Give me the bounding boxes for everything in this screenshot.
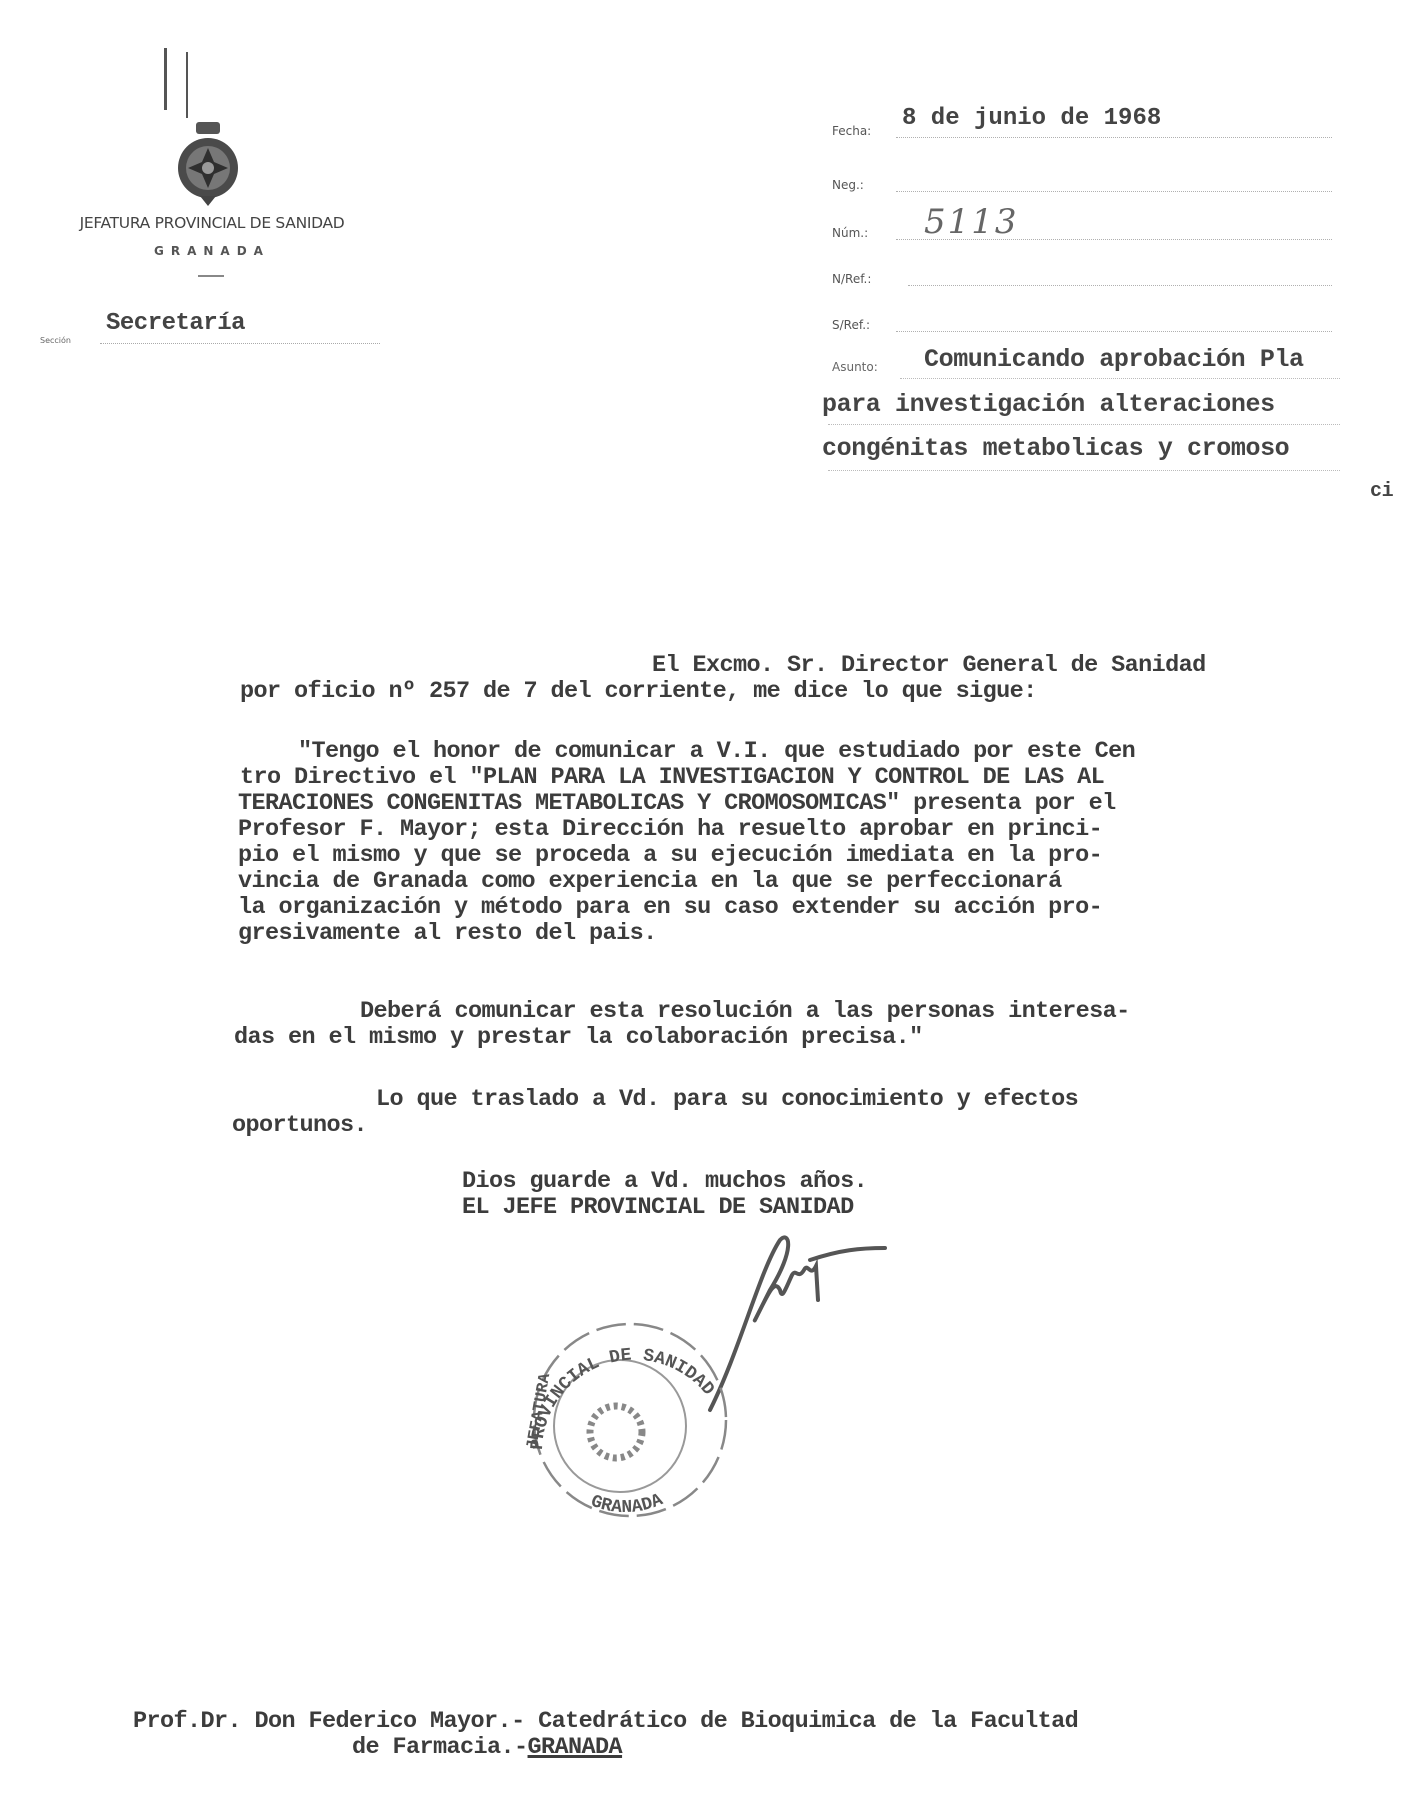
body-line: pio el mismo y que se proceda a su ejecu… (238, 842, 1102, 869)
asunto-label: Asunto: (832, 360, 878, 374)
body-line: Profesor F. Mayor; esta Dirección ha res… (238, 816, 1102, 843)
fecha-dotted-line (896, 137, 1332, 138)
neg-field: Neg.: (832, 166, 1332, 196)
addressee-line-1: Prof.Dr. Don Federico Mayor.- Catedrátic… (133, 1708, 1078, 1735)
body-line: Lo que traslado a Vd. para su conocimien… (376, 1086, 1078, 1113)
asunto-dotted-line-3 (828, 470, 1340, 471)
coat-of-arms-emblem (170, 120, 246, 206)
fecha-value: 8 de junio de 1968 (902, 105, 1161, 132)
nref-dotted-line (908, 285, 1332, 286)
sref-field: S/Ref.: (832, 306, 1332, 336)
body-line: tro Directivo el "PLAN PARA LA INVESTIGA… (240, 764, 1104, 791)
nref-field: N/Ref.: (832, 260, 1332, 290)
letterhead-rule (198, 275, 224, 277)
num-value-handwritten: 5113 (924, 202, 1019, 242)
body-line: "Tengo el honor de comunicar a V.I. que … (298, 738, 1135, 765)
fecha-field: Fecha: 8 de junio de 1968 (832, 112, 1332, 142)
body-line: la organización y método para en su caso… (238, 894, 1102, 921)
institution-name: JEFATURA PROVINCIAL DE SANIDAD (24, 214, 400, 232)
filing-marks (160, 48, 200, 128)
addressee-city: GRANADA (528, 1734, 623, 1761)
closing-signatory: EL JEFE PROVINCIAL DE SANIDAD (462, 1194, 854, 1221)
neg-label: Neg.: (832, 178, 864, 192)
body-line: das en el mismo y prestar la colaboració… (234, 1024, 923, 1051)
asunto-dotted-line-1 (900, 378, 1340, 379)
asunto-dotted-line-2 (828, 424, 1340, 425)
official-stamp: PROVINCIAL DE SANIDAD GRANADA JEFATURA (520, 1300, 740, 1540)
closing-greeting: Dios guarde a Vd. muchos años. (462, 1168, 867, 1195)
body-line: vincia de Granada como experiencia en la… (238, 868, 1062, 895)
asunto-line-3: congénitas metabolicas y cromoso (822, 434, 1416, 463)
asunto-line-1: Comunicando aprobación Pla (924, 345, 1416, 374)
body-line: gresivamente al resto del pais. (238, 920, 657, 947)
neg-dotted-line (896, 191, 1332, 192)
svg-text:PROVINCIAL DE SANIDAD: PROVINCIAL DE SANIDAD (528, 1346, 718, 1451)
body-line: TERACIONES CONGENITAS METABOLICAS Y CROM… (238, 790, 1116, 817)
addressee-line-2: de Farmacia.-GRANADA (352, 1734, 622, 1761)
body-line: Deberá comunicar esta resolución a las p… (360, 998, 1130, 1025)
seccion-label: Sección (40, 336, 71, 345)
body-line: El Excmo. Sr. Director General de Sanida… (652, 652, 1206, 679)
asunto-line-4: ci (1370, 480, 1410, 503)
fecha-label: Fecha: (832, 124, 871, 138)
body-line: por oficio nº 257 de 7 del corriente, me… (240, 678, 1037, 705)
num-label: Núm.: (832, 226, 868, 240)
addressee-line-2-prefix: de Farmacia.- (352, 1734, 528, 1761)
asunto-line-2: para investigación alteraciones (822, 390, 1416, 419)
seccion-dotted-line (100, 343, 380, 344)
num-field: Núm.: 5113 (832, 214, 1332, 244)
institution-city: GRANADA (24, 244, 400, 258)
sref-label: S/Ref.: (832, 318, 870, 332)
seccion-value: Secretaría (106, 310, 245, 337)
body-line: oportunos. (232, 1112, 367, 1139)
nref-label: N/Ref.: (832, 272, 871, 286)
sref-dotted-line (896, 331, 1332, 332)
stamp-text-top: PROVINCIAL DE SANIDAD (528, 1346, 718, 1451)
